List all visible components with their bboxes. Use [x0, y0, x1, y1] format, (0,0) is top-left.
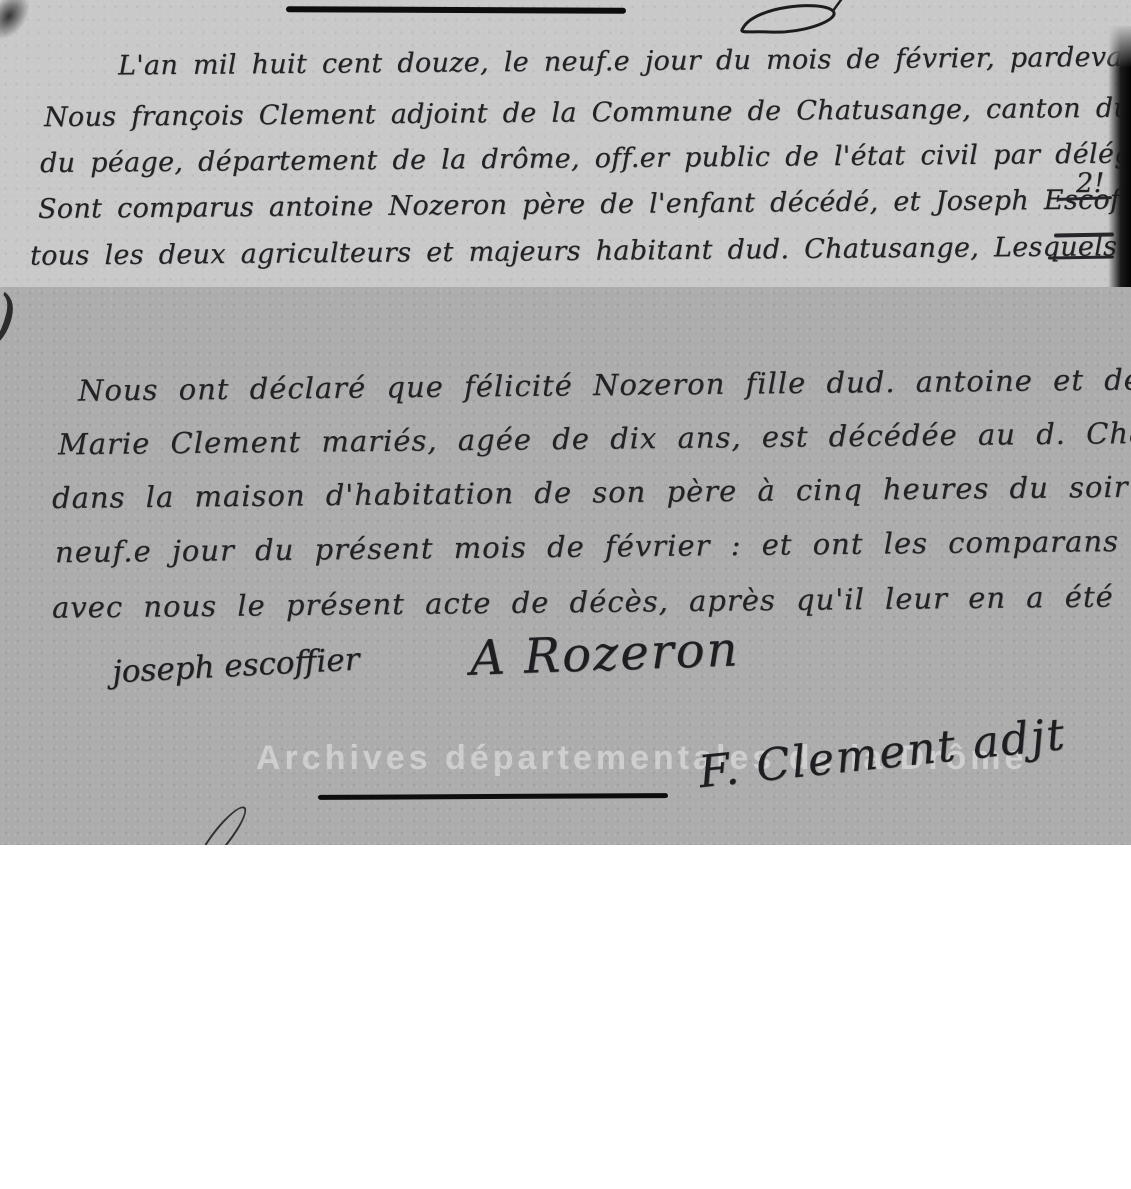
manuscript-line: Nous ont déclaré que félicité Nozeron fi…: [78, 362, 1131, 407]
page-number-flourish: [733, 0, 849, 44]
manuscript-line: neuf.e jour du présent mois de février :…: [55, 523, 1131, 569]
manuscript-line: Sont comparus antoine Nozeron père de l'…: [38, 184, 1131, 225]
manuscript-line: Nous françois Clement adjoint de la Comm…: [44, 92, 1131, 133]
book-gutter-shadow: [1108, 26, 1131, 287]
manuscript-line: du péage, département de la drôme, off.e…: [40, 138, 1131, 179]
top-ink-rule: [286, 6, 626, 13]
signature-rozeron: A Rozeron: [469, 621, 740, 686]
manuscript-line: L'an mil huit cent douze, le neuf.e jour…: [118, 41, 1131, 81]
manuscript-line: tous les deux agriculteurs et majeurs ha…: [30, 231, 1117, 271]
manuscript-line: avec nous le présent acte de décès, aprè…: [52, 577, 1131, 624]
cut-pen-loop: [191, 801, 253, 845]
scan-strip-top: L'an mil huit cent douze, le neuf.e jour…: [0, 0, 1131, 287]
manuscript-line: Marie Clement mariés, agée de dix ans, e…: [58, 415, 1131, 462]
manuscript-line: dans la maison d'habitation de son père …: [52, 469, 1131, 515]
ink-smudge: [0, 0, 38, 47]
marginal-mark: 2!: [1076, 168, 1105, 199]
cut-pen-stroke: ): [0, 287, 21, 359]
register-scan-page: L'an mil huit cent douze, le neuf.e jour…: [0, 0, 1131, 1189]
